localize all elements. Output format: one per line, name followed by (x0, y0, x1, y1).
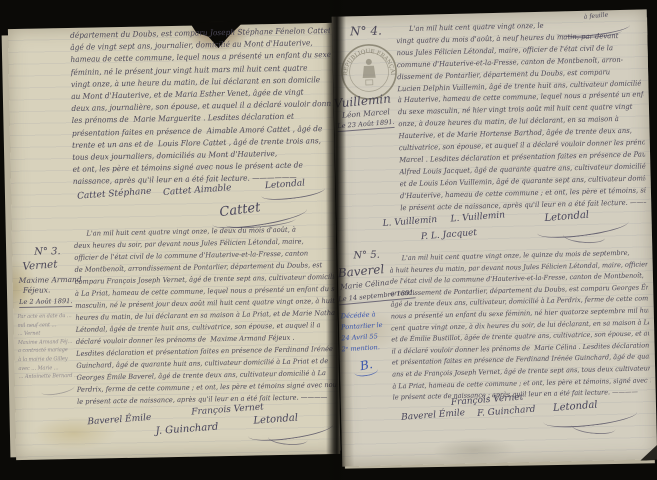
act-2-body-text: département du Doubs, est comparu Joseph… (70, 25, 333, 191)
handwritten-line: … Antoinette Bernard … (18, 372, 70, 382)
handwritten-line: 2ᵉ mention. (341, 342, 383, 355)
act-3-margin-surname: Vernet (22, 258, 58, 272)
signature-baverel-emile: Baverel Émile (87, 413, 152, 428)
act-3-body-text: L'an mil huit cent quatre vingt onze, le… (74, 223, 337, 409)
signature-guinchard: J. Guinchard (155, 422, 218, 437)
death-mention-note: Décédée àPontarlier le24 Avril 552ᵉ ment… (341, 310, 384, 355)
book-gutter (326, 0, 346, 480)
mention-paraph-flourish (40, 381, 75, 397)
act-5-number: N° 5. (353, 250, 380, 262)
register-page-left: département du Doubs, est comparu Joseph… (8, 23, 340, 460)
signature-vuillemin-1: L. Vuillemin (382, 215, 437, 229)
act-3-margin-given-name-2: Féjeux. (23, 285, 51, 295)
stamp-figure-head (366, 59, 372, 65)
death-mention-flourish (353, 364, 378, 378)
marriage-mention-stamp-note: Par acte en date du …mil neuf cent …… Ve… (17, 312, 76, 382)
signature-guinchard-act5: F. Guinchard (477, 405, 536, 419)
act-3-number: N° 3. (34, 246, 61, 258)
act-5-body-text: L'an mil huit cent quatre vingt onze, le… (389, 247, 651, 405)
stamp-value-box (366, 80, 373, 85)
signature-jacquet: P. L. Jacquet (421, 228, 478, 242)
register-page-right: à feuille N° 4. RÉPUBLIQUE FRANÇAISE Vui… (332, 9, 657, 466)
act-3-margin-given-name: Maxime Armand (19, 275, 82, 285)
act-3-margin-date: Le 2 Août 1891. (19, 297, 72, 308)
act-4-body-text: L'an mil huit cent quatre vingt onze, le… (396, 17, 646, 214)
stamp-figure-body (362, 66, 375, 78)
register-scan: département du Doubs, est comparu Joseph… (0, 0, 657, 480)
act-4-number: N° 4. (350, 24, 382, 39)
signature-baverel-emile-act5: Baverel Émile (401, 408, 466, 423)
page-corner-fold (640, 444, 657, 460)
